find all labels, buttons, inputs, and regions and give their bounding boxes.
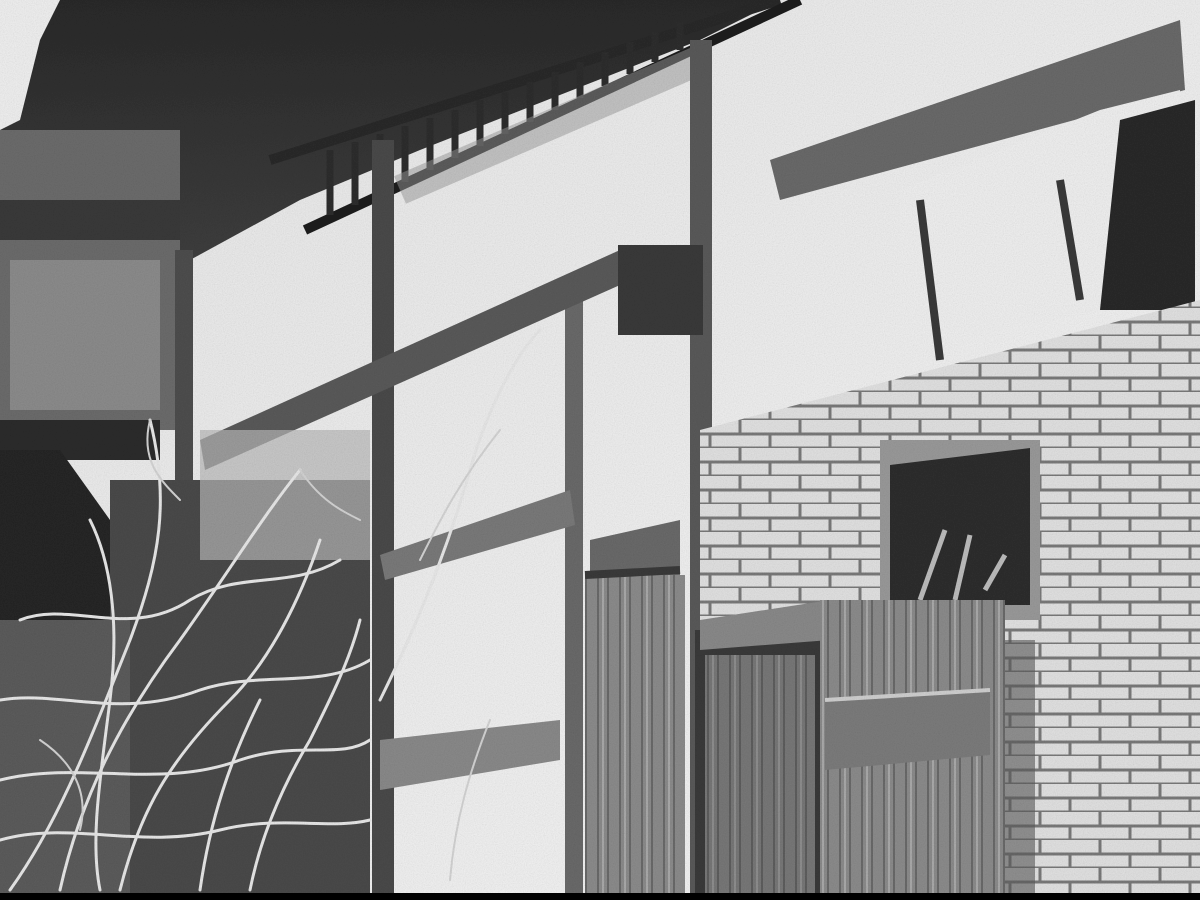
wooden-door [705,655,815,900]
wooden-door-left [585,575,685,895]
building-photo [0,0,1200,900]
wooden-shutter [820,600,1005,895]
beam-end [618,245,703,335]
bottom-border [0,893,1200,900]
